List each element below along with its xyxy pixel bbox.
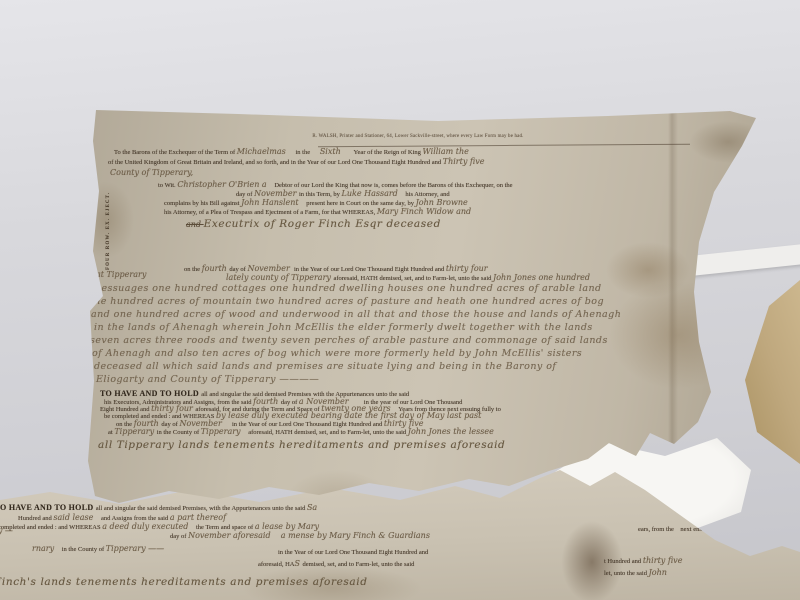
parcels-hand-line: seven acres three roods and twenty seven… — [90, 335, 752, 346]
frag-left-snippet: ry — — [0, 526, 13, 536]
frag-right-snippet: ears, from the next ensuing full — [638, 526, 800, 534]
parcels-hand-line: one hundred acres of mountain two hundre… — [88, 296, 753, 307]
executrix-interlineation: and Executrix of Roger Finch Esqr deceas… — [186, 218, 616, 231]
frag-year-line: in the Year of our Lord One Thousand Eig… — [278, 549, 583, 557]
side-docket-label: FOUR ROW. EX. EJECT. — [106, 192, 112, 270]
frag-habendum-line: O HAVE AND TO HOLD all and singular the … — [0, 503, 645, 513]
printer-imprint: R. WALSH, Printer and Stationer, 64, Low… — [238, 134, 598, 140]
backdrop-shelf-edge — [687, 244, 800, 276]
frag-farmlet-line: aforesaid, HAS demised, set, and to Farm… — [258, 559, 593, 569]
parcels-hand-line: of Ahenagh and also ten acres of bog whi… — [92, 348, 744, 359]
frag-habendum-line: day of November aforesaid a mense by Mar… — [170, 531, 600, 541]
frag-right-snippet: let, unto the said John — [604, 568, 789, 578]
parcels-hand-line: Eliogarty and County of Tipperary ———— — [96, 374, 516, 385]
frag-premises-line: Finch's lands tenements hereditaments an… — [0, 576, 524, 589]
folded-paper-fragment — [735, 268, 800, 468]
parcels-hand-line: messuages one hundred cottages one hundr… — [92, 283, 757, 294]
parcels-hand-line: and one hundred acres of wood and underw… — [91, 309, 763, 320]
opening-line: To the Barons of the Exchequer of the Te… — [114, 147, 719, 157]
habendum-line: at Tipperary in the County of Tipperary … — [108, 427, 753, 437]
opening-line: of the United Kingdom of Great Britain a… — [108, 157, 723, 167]
document-photo: O HAVE AND TO HOLD all and singular the … — [0, 0, 800, 600]
parcels-hand-line: in the lands of Ahenagh wherein John McE… — [94, 322, 766, 333]
frag-right-snippet: t Hundred and thirty five — [604, 556, 789, 566]
county-margin-note: County of Tipperary, — [110, 168, 193, 178]
demise-margin-note: at Tipperary — [96, 270, 146, 280]
parcels-hand-line: deceased all which said lands and premis… — [94, 361, 736, 372]
bill-line: his Attorney, of a Plea of Trespass and … — [164, 207, 749, 217]
